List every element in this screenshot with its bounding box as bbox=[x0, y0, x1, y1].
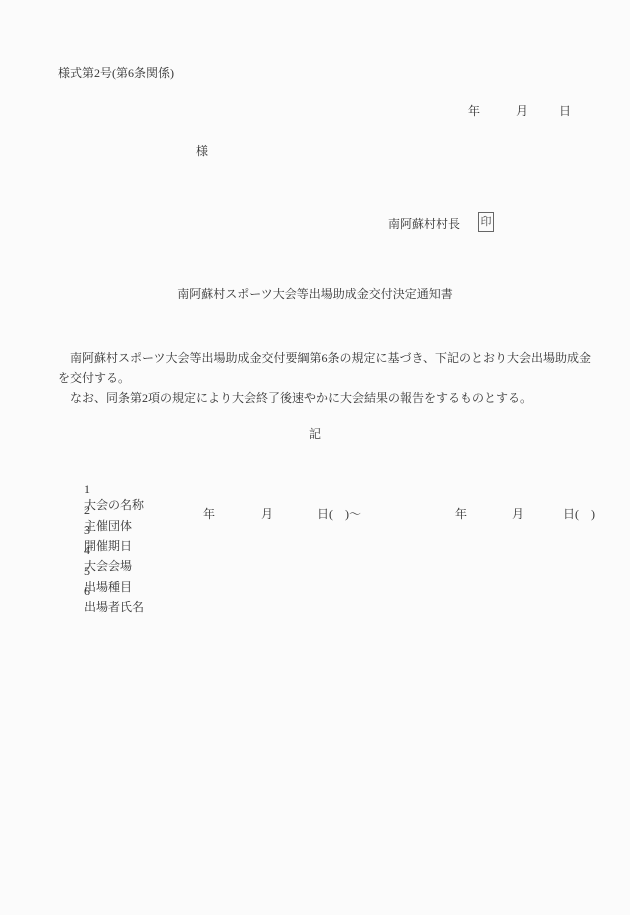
event-date-year1-label: 年 bbox=[203, 506, 215, 522]
body-line-2: を交付する。 bbox=[58, 370, 130, 386]
issuer-title: 南阿蘇村村長 bbox=[388, 216, 460, 232]
list-item-number: 6 bbox=[84, 583, 106, 599]
event-date-day2-label: 日( ) bbox=[563, 506, 595, 522]
document-title: 南阿蘇村スポーツ大会等出場助成金交付決定通知書 bbox=[0, 286, 630, 302]
ki-heading: 記 bbox=[0, 426, 630, 442]
document-page: 様式第2号(第6条関係) 年 月 日 様 南阿蘇村村長 印 南阿蘇村スポーツ大会… bbox=[0, 0, 630, 915]
form-number: 様式第2号(第6条関係) bbox=[58, 65, 174, 81]
seal-placeholder: 印 bbox=[478, 212, 494, 232]
body-line-1: 南阿蘇村スポーツ大会等出場助成金交付要綱第6条の規定に基づき、下記のとおり大会出… bbox=[58, 350, 591, 366]
list-item-6: 6 出場者氏名 bbox=[72, 567, 144, 631]
addressee-honorific: 様 bbox=[196, 143, 208, 159]
event-date-month1-label: 月 bbox=[261, 506, 273, 522]
event-date-day1-label: 日( )～ bbox=[317, 506, 361, 522]
body-line-3: なお、同条第2項の規定により大会終了後速やかに大会結果の報告をするものとする。 bbox=[58, 390, 532, 406]
date-day-label: 日 bbox=[559, 103, 571, 119]
list-item-label: 出場者氏名 bbox=[84, 600, 144, 614]
date-month-label: 月 bbox=[516, 103, 528, 119]
event-date-year2-label: 年 bbox=[455, 506, 467, 522]
date-year-label: 年 bbox=[468, 103, 480, 119]
event-date-month2-label: 月 bbox=[512, 506, 524, 522]
